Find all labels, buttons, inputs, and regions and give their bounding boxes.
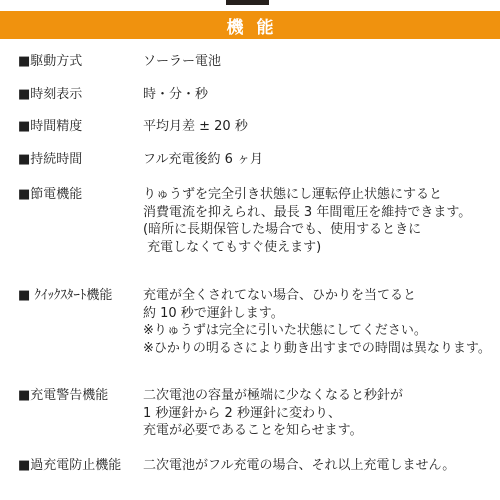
spec-value: 平均月差 ± 20 秒: [143, 118, 495, 136]
spec-label: ■充電警告機能: [18, 387, 108, 405]
spec-value-line: りゅうずを完全引き状態にし運転停止状態にすると: [143, 186, 495, 204]
spec-value-line: ※りゅうずは完全に引いた状態にしてください。: [143, 322, 495, 340]
spec-value: ソーラー電池: [143, 53, 495, 71]
spec-value: 二次電池がフル充電の場合、それ以上充電しません。: [143, 457, 495, 475]
spec-value-line: 充電が全くされてない場合、ひかりを当てると: [143, 287, 495, 305]
spec-label: ■過充電防止機能: [18, 457, 121, 475]
spec-value-line: 消費電流を抑えられ、最長 3 年間電圧を維持できます。: [143, 204, 495, 222]
spec-value: フル充電後約 6 ヶ月: [143, 151, 495, 169]
spec-value-line: 時・分・秒: [143, 86, 495, 104]
spec-table: ■駆動方式ソーラー電池■時刻表示時・分・秒■時間精度平均月差 ± 20 秒■持続…: [0, 0, 500, 500]
spec-label: ■ ｸｲｯｸｽﾀｰﾄ機能: [18, 287, 112, 305]
spec-value-line: ※ひかりの明るさにより動き出すまでの時間は異なります。: [143, 340, 495, 358]
spec-value-line: 二次電池がフル充電の場合、それ以上充電しません。: [143, 457, 495, 475]
spec-value-line: フル充電後約 6 ヶ月: [143, 151, 495, 169]
spec-label: ■持続時間: [18, 151, 82, 169]
spec-value-line: 平均月差 ± 20 秒: [143, 118, 495, 136]
spec-value-line: 充電しなくてもすぐ使えます): [143, 239, 495, 257]
spec-value-line: 約 10 秒で運針します。: [143, 305, 495, 323]
spec-label: ■駆動方式: [18, 53, 82, 71]
spec-value-line: 充電が必要であることを知らせます。: [143, 422, 495, 440]
spec-value: 充電が全くされてない場合、ひかりを当てると約 10 秒で運針します。※りゅうずは…: [143, 287, 495, 357]
spec-value-line: 二次電池の容量が極端に少なくなると秒針が: [143, 387, 495, 405]
spec-value-line: (暗所に長期保管した場合でも、使用するときに: [143, 221, 495, 239]
spec-label: ■節電機能: [18, 186, 82, 204]
spec-label: ■時間精度: [18, 118, 82, 136]
spec-value: りゅうずを完全引き状態にし運転停止状態にすると消費電流を抑えられ、最長 3 年間…: [143, 186, 495, 256]
spec-label: ■時刻表示: [18, 86, 82, 104]
spec-value: 時・分・秒: [143, 86, 495, 104]
spec-value-line: ソーラー電池: [143, 53, 495, 71]
spec-value: 二次電池の容量が極端に少なくなると秒針が1 秒運針から 2 秒運針に変わり、充電…: [143, 387, 495, 440]
spec-value-line: 1 秒運針から 2 秒運針に変わり、: [143, 405, 495, 423]
